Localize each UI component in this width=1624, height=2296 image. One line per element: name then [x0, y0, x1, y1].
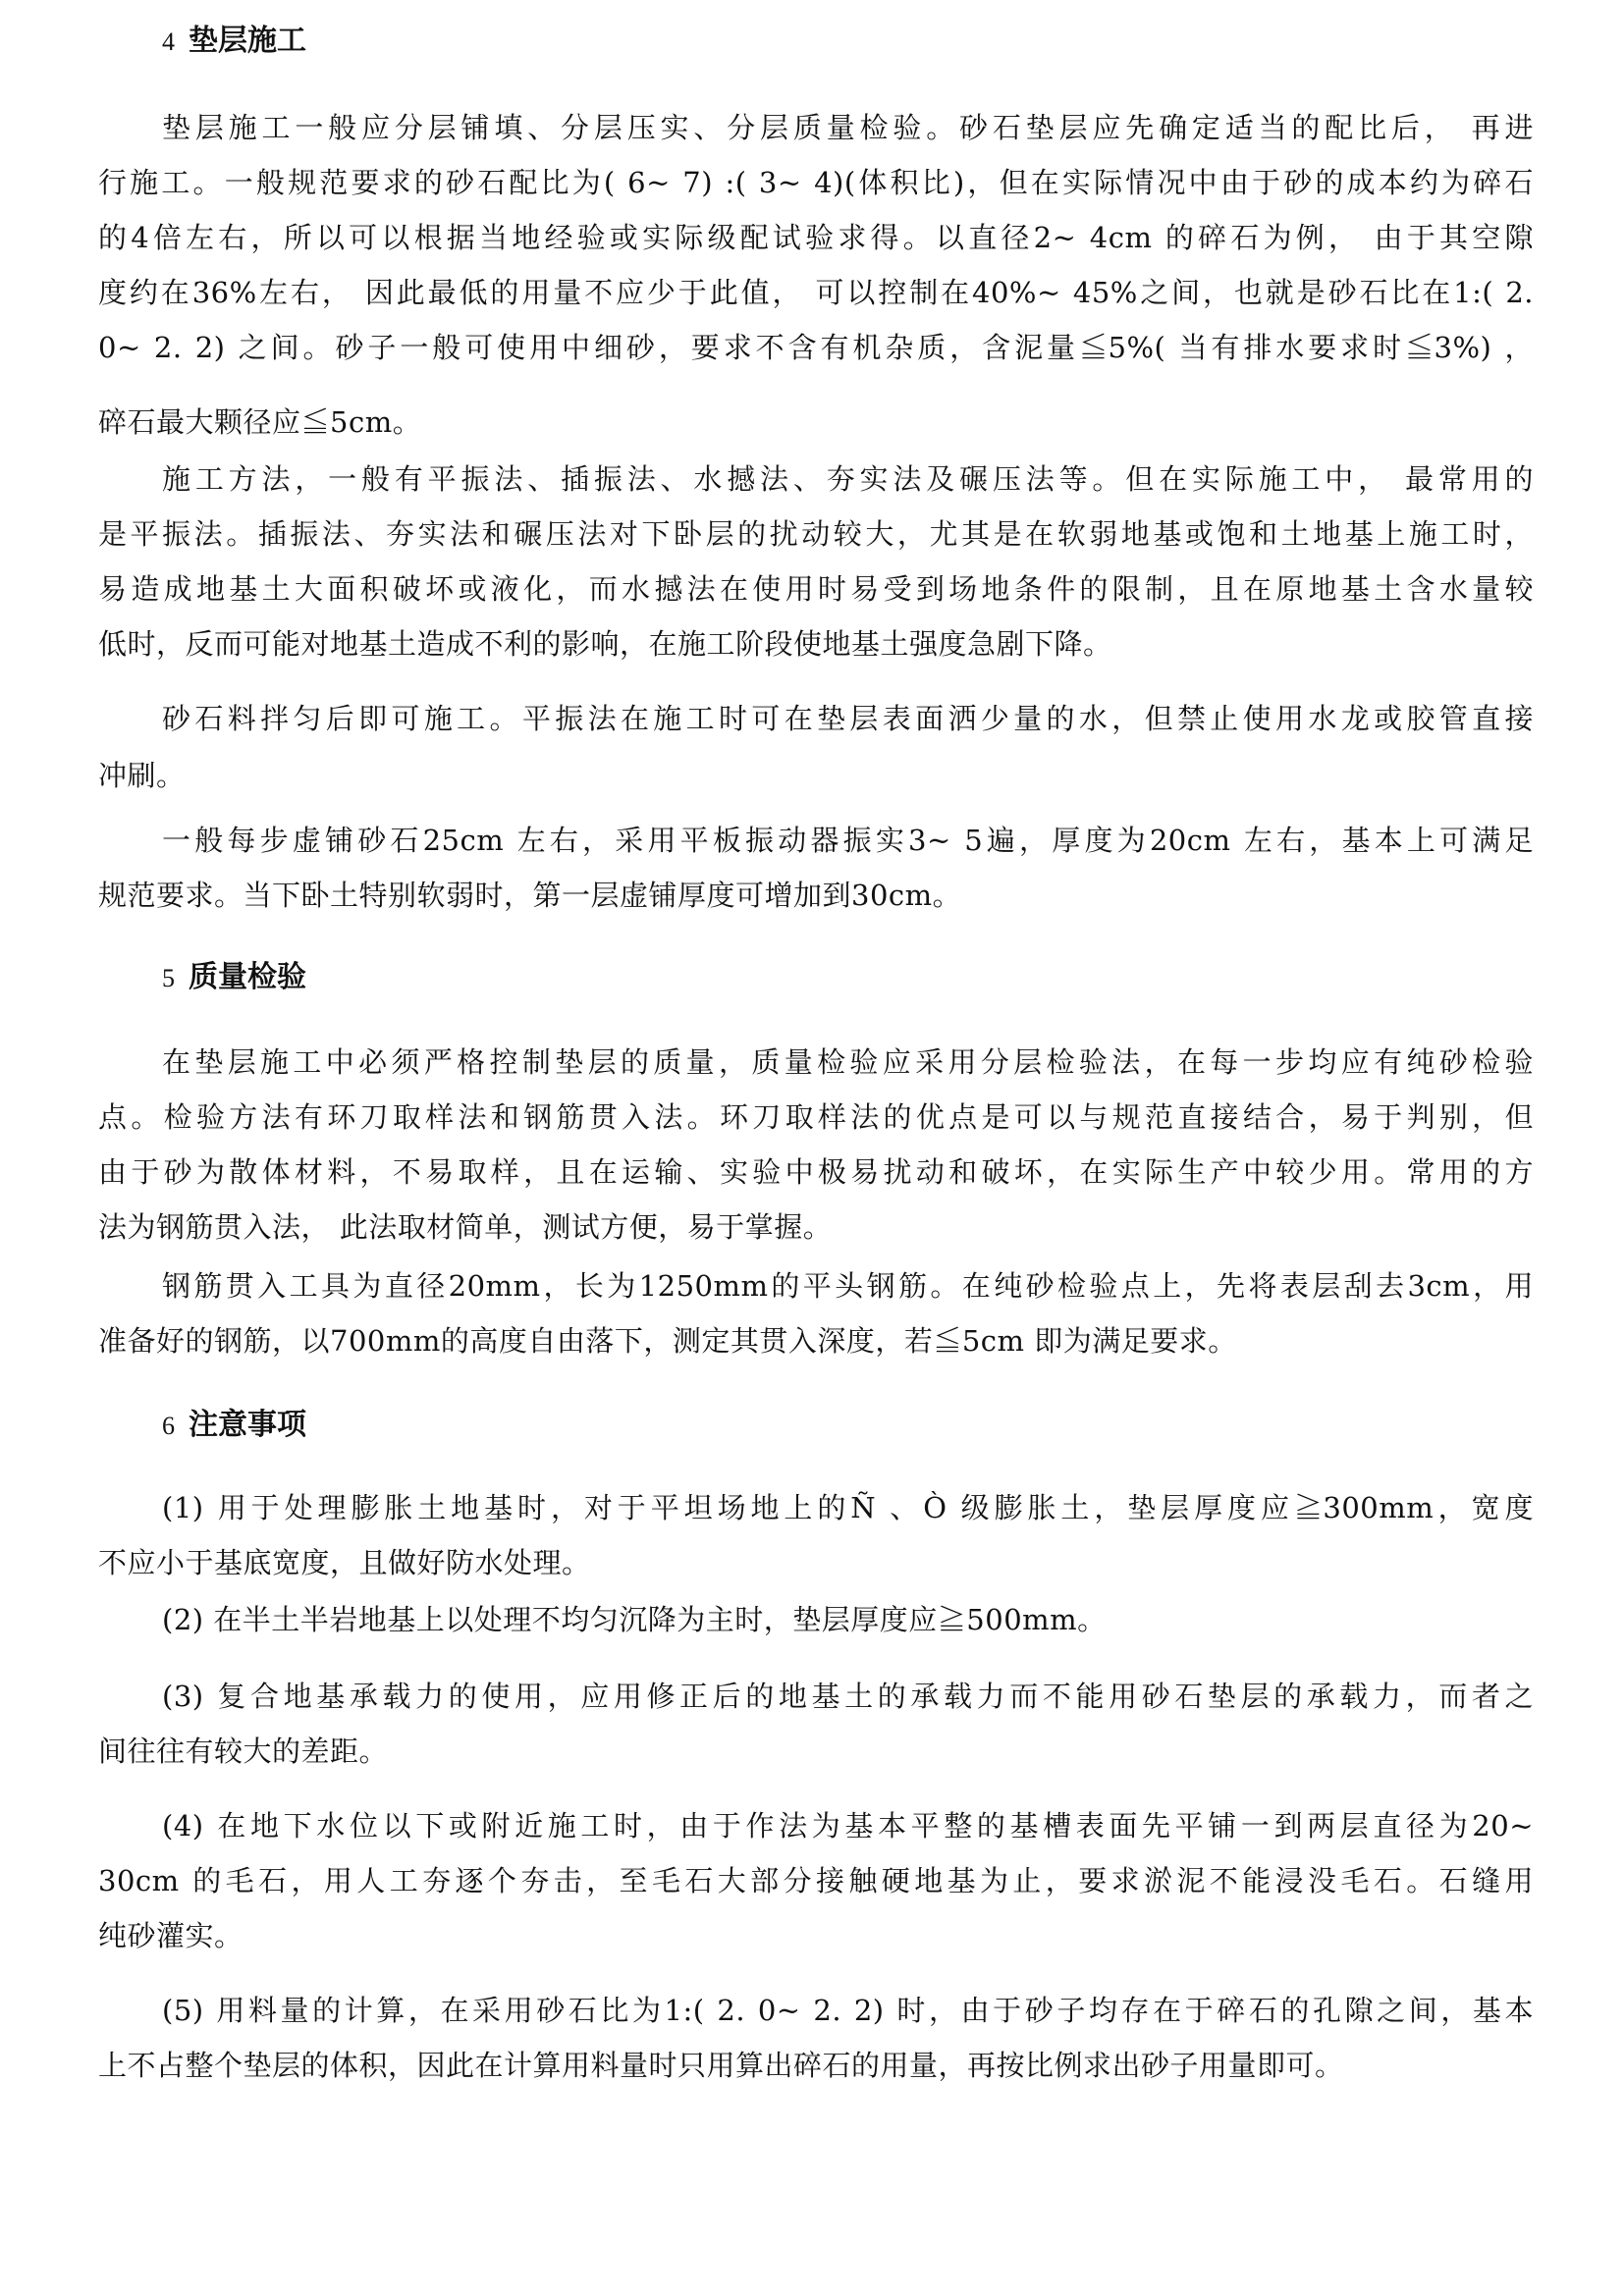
- text-line: 规范要求。当下卧土特别软弱时，第一层虚铺厚度可增加到30cm。: [98, 876, 1534, 915]
- text-line: 钢筋贯入工具为直径20mm，长为1250mm的平头钢筋。在纯砂检验点上，先将表层…: [162, 1266, 1534, 1306]
- text-line: 冲刷。: [98, 756, 1534, 795]
- text-line: 准备好的钢筋，以700mm的高度自由落下，测定其贯入深度，若≦5cm 即为满足要…: [98, 1321, 1534, 1361]
- section-heading: 4垫层施工: [162, 22, 306, 62]
- text-line: 砂石料拌匀后即可施工。平振法在施工时可在垫层表面洒少量的水，但禁止使用水龙或胶管…: [162, 699, 1534, 738]
- section-number: 4: [162, 27, 175, 56]
- text-line: 低时，反而可能对地基土造成不利的影响，在施工阶段使地基土强度急剧下降。: [98, 624, 1534, 664]
- text-line: (3) 复合地基承载力的使用，应用修正后的地基土的承载力而不能用砂石垫层的承载力…: [162, 1677, 1534, 1716]
- text-line: 一般每步虚铺砂石25cm 左右，采用平板振动器振实3~ 5遍，厚度为20cm 左…: [162, 821, 1534, 860]
- text-line: 垫层施工一般应分层铺填、分层压实、分层质量检验。砂石垫层应先确定适当的配比后， …: [162, 108, 1534, 147]
- text-line: (4) 在地下水位以下或附近施工时，由于作法为基本平整的基槽表面先平铺一到两层直…: [162, 1806, 1534, 1845]
- text-line: (2) 在半土半岩地基上以处理不均匀沉降为主时，垫层厚度应≧500mm。: [162, 1600, 1534, 1639]
- text-line: 点。检验方法有环刀取样法和钢筋贯入法。环刀取样法的优点是可以与规范直接结合，易于…: [98, 1097, 1534, 1137]
- text-line: 纯砂灌实。: [98, 1916, 1534, 1955]
- document-page: 4垫层施工垫层施工一般应分层铺填、分层压实、分层质量检验。砂石垫层应先确定适当的…: [0, 0, 1624, 2296]
- text-line: 是平振法。插振法、夯实法和碾压法对下卧层的扰动较大，尤其是在软弱地基或饱和土地基…: [98, 514, 1534, 554]
- text-line: 行施工。一般规范要求的砂石配比为( 6~ 7) :( 3~ 4)(体积比)，但在…: [98, 163, 1534, 202]
- section-title: 注意事项: [189, 1408, 306, 1442]
- text-line: 易造成地基土大面积破坏或液化，而水撼法在使用时易受到场地条件的限制，且在原地基土…: [98, 569, 1534, 609]
- text-line: 不应小于基底宽度，且做好防水处理。: [98, 1543, 1534, 1582]
- text-line: 在垫层施工中必须严格控制垫层的质量，质量检验应采用分层检验法，在每一步均应有纯砂…: [162, 1042, 1534, 1082]
- text-line: 施工方法，一般有平振法、插振法、水撼法、夯实法及碾压法等。但在实际施工中， 最常…: [162, 459, 1534, 499]
- section-title: 垫层施工: [189, 24, 306, 58]
- section-number: 5: [162, 964, 175, 992]
- text-line: 碎石最大颗径应≦5cm。: [98, 402, 1534, 442]
- section-heading: 6注意事项: [162, 1406, 306, 1446]
- text-line: (1) 用于处理膨胀土地基时，对于平坦场地上的Ñ 、Ò 级膨胀土，垫层厚度应≧3…: [162, 1488, 1534, 1527]
- text-line: (5) 用料量的计算，在采用砂石比为1:( 2. 0~ 2. 2) 时，由于砂子…: [162, 1991, 1534, 2030]
- section-number: 6: [162, 1412, 175, 1440]
- text-line: 度约在36%左右， 因此最低的用量不应少于此值， 可以控制在40%~ 45%之间…: [98, 273, 1534, 312]
- text-line: 30cm 的毛石，用人工夯逐个夯击，至毛石大部分接触硬地基为止，要求淤泥不能浸没…: [98, 1861, 1534, 1900]
- text-line: 法为钢筋贯入法， 此法取材简单，测试方便，易于掌握。: [98, 1207, 1534, 1247]
- section-heading: 5质量检验: [162, 958, 306, 998]
- text-line: 由于砂为散体材料，不易取样，且在运输、实验中极易扰动和破坏，在实际生产中较少用。…: [98, 1152, 1534, 1192]
- text-line: 的4倍左右，所以可以根据当地经验或实际级配试验求得。以直径2~ 4cm 的碎石为…: [98, 218, 1534, 257]
- text-line: 间往往有较大的差距。: [98, 1732, 1534, 1771]
- text-line: 0~ 2. 2) 之间。砂子一般可使用中细砂，要求不含有机杂质，含泥量≦5%( …: [98, 328, 1534, 367]
- section-title: 质量检验: [189, 960, 306, 994]
- text-line: 上不占整个垫层的体积，因此在计算用料量时只用算出碎石的用量，再按比例求出砂子用量…: [98, 2046, 1534, 2085]
